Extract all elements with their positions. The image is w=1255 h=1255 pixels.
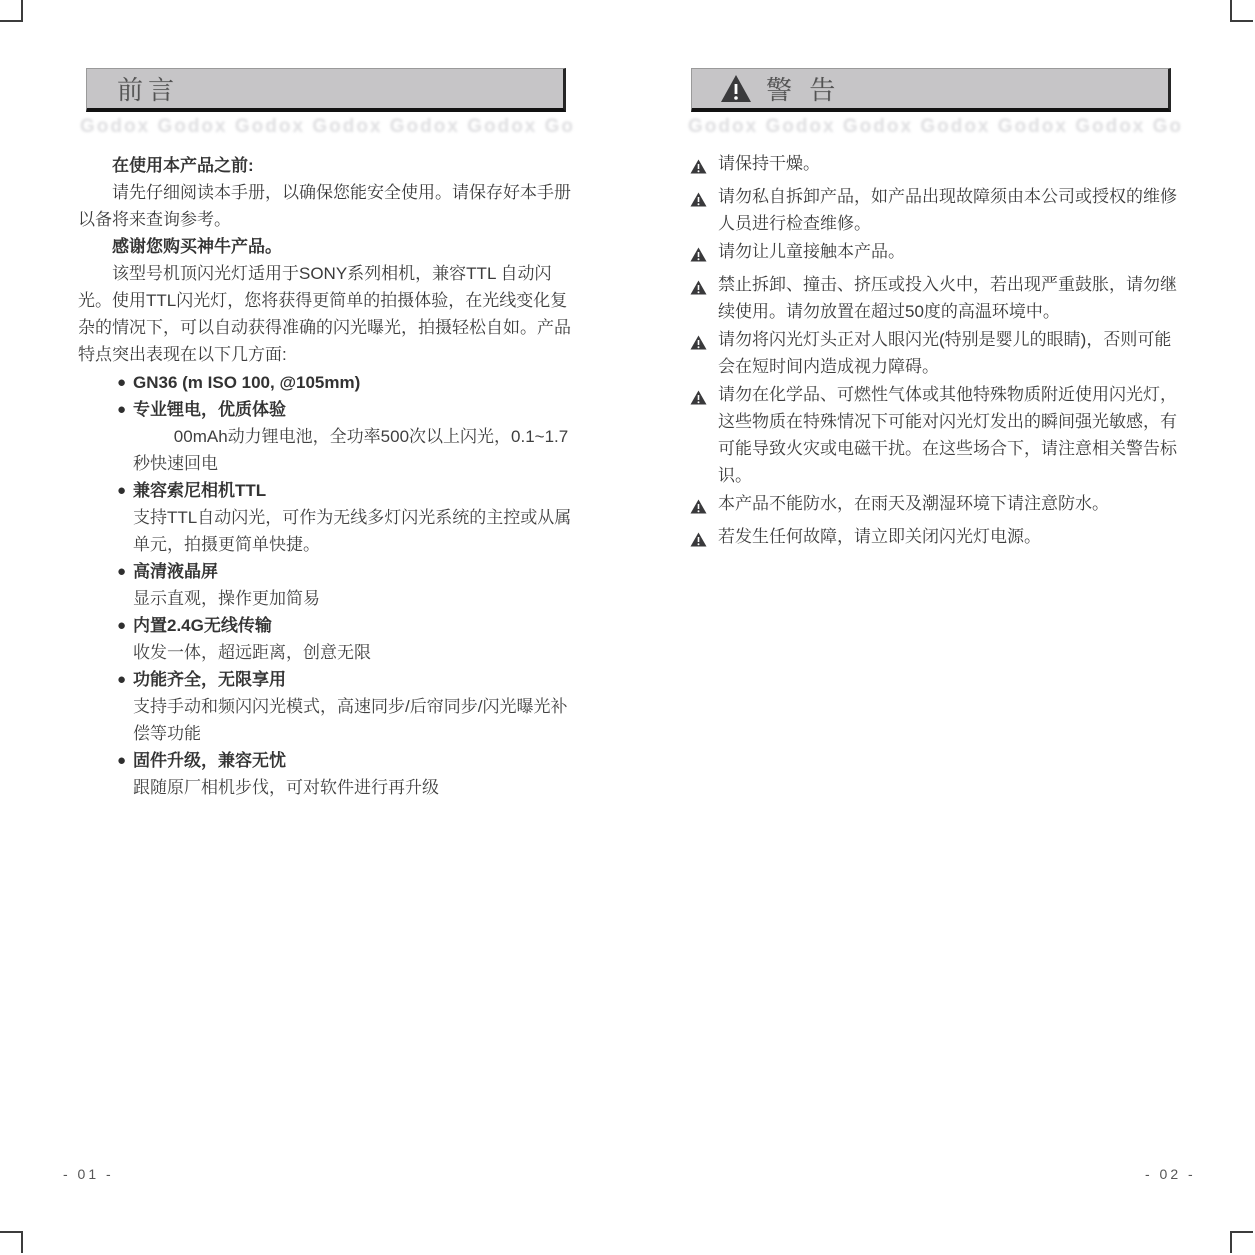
feature-description: 显示直观，操作更加简易: [133, 585, 578, 612]
feature-title: GN36 (m ISO 100, @105mm): [133, 369, 578, 396]
feature-title: 高清液晶屏: [133, 558, 578, 585]
warning-text: 请勿私自拆卸产品，如产品出现故障须由本公司或授权的维修人员进行检查维修。: [718, 183, 1182, 237]
watermark-band-right: Godox Godox Godox Godox Godox Godox Godo…: [688, 116, 1180, 138]
warning-body: 请保持干燥。 请勿私自拆卸产品，如产品出现故障须由本公司或授权的维修人员进行检查…: [690, 150, 1182, 556]
feature-item: ● 功能齐全，无限享用 支持手动和频闪闪光模式，高速同步/后帘同步/闪光曝光补偿…: [78, 666, 578, 747]
feature-title: 内置2.4G无线传输: [133, 612, 578, 639]
feature-description: 支持TTL自动闪光，可作为无线多灯闪光系统的主控或从属单元，拍摄更简单快捷。: [133, 504, 578, 558]
feature-title: 固件升级，兼容无忧: [133, 747, 578, 774]
warning-triangle-icon: [720, 74, 752, 103]
manual-scan-page: { "left_page": { "header_title": "前言", "…: [0, 0, 1255, 1255]
feature-title: 功能齐全，无限享用: [133, 666, 578, 693]
page-number-right: - 02 -: [1145, 1166, 1196, 1182]
bullet-icon: ●: [117, 369, 126, 396]
warning-text: 请勿在化学品、可燃性气体或其他特殊物质附近使用闪光灯，这些物质在特殊情况下可能对…: [718, 381, 1182, 489]
crop-mark-top-right: [1230, 0, 1253, 22]
bullet-icon: ●: [117, 396, 126, 423]
warning-text: 本产品不能防水，在雨天及潮湿环境下请注意防水。: [718, 490, 1182, 522]
feature-description: 跟随原厂相机步伐，可对软件进行再升级: [133, 774, 578, 801]
thanks-heading: 感谢您购买神牛产品。: [78, 233, 578, 260]
bullet-icon: ●: [117, 666, 126, 693]
crop-mark-top-left: [0, 0, 23, 22]
warning-header: 警 告: [691, 68, 1171, 112]
warning-triangle-icon: [690, 188, 707, 237]
warning-item: 请勿私自拆卸产品，如产品出现故障须由本公司或授权的维修人员进行检查维修。: [690, 183, 1182, 237]
warning-text: 禁止拆卸、撞击、挤压或投入火中，若出现严重鼓胀，请勿继续使用。请勿放置在超过50…: [718, 271, 1182, 325]
feature-description: 00mAh动力锂电池，全功率500次以上闪光，0.1~1.7秒快速回电: [133, 423, 578, 477]
warning-item: 请勿在化学品、可燃性气体或其他特殊物质附近使用闪光灯，这些物质在特殊情况下可能对…: [690, 381, 1182, 489]
warning-item: 本产品不能防水，在雨天及潮湿环境下请注意防水。: [690, 490, 1182, 522]
warning-triangle-icon: [690, 331, 707, 380]
warning-text: 请勿将闪光灯头正对人眼闪光(特别是婴儿的眼睛)，否则可能会在短时间内造成视力障碍…: [718, 326, 1182, 380]
watermark-band-left: Godox Godox Godox Godox Godox Godox Godo…: [80, 116, 572, 138]
preface-title: 前言: [87, 70, 179, 107]
feature-item: ● 内置2.4G无线传输 收发一体，超远距离，创意无限: [78, 612, 578, 666]
warning-text: 请勿让儿童接触本产品。: [718, 238, 1182, 270]
feature-description: 支持手动和频闪闪光模式，高速同步/后帘同步/闪光曝光补偿等功能: [133, 693, 578, 747]
feature-item: ● 专业锂电，优质体验 00mAh动力锂电池，全功率500次以上闪光，0.1~1…: [78, 396, 578, 477]
bullet-icon: ●: [117, 558, 126, 585]
warning-item: 请保持干燥。: [690, 150, 1182, 182]
before-use-paragraph: 请先仔细阅读本手册，以确保您能安全使用。请保存好本手册以备将来查询参考。: [78, 179, 578, 233]
page-number-left: - 01 -: [63, 1166, 114, 1182]
warning-item: 若发生任何故障，请立即关闭闪光灯电源。: [690, 523, 1182, 555]
crop-mark-bottom-left: [0, 1231, 23, 1253]
feature-title: 兼容索尼相机TTL: [133, 477, 578, 504]
product-intro-paragraph: 该型号机顶闪光灯适用于SONY系列相机，兼容TTL 自动闪光。使用TTL闪光灯，…: [78, 260, 578, 368]
warning-item: 请勿让儿童接触本产品。: [690, 238, 1182, 270]
warning-triangle-icon: [690, 155, 707, 182]
crop-mark-bottom-right: [1230, 1231, 1253, 1253]
preface-header: 前言: [86, 68, 566, 112]
warning-triangle-icon: [690, 276, 707, 325]
warning-triangle-icon: [690, 386, 707, 489]
bullet-icon: ●: [117, 612, 126, 639]
warning-list: 请保持干燥。 请勿私自拆卸产品，如产品出现故障须由本公司或授权的维修人员进行检查…: [690, 150, 1182, 555]
feature-item: ● 固件升级，兼容无忧 跟随原厂相机步伐，可对软件进行再升级: [78, 747, 578, 801]
warning-triangle-icon: [690, 243, 707, 270]
preface-body: 在使用本产品之前: 请先仔细阅读本手册，以确保您能安全使用。请保存好本手册以备将…: [78, 152, 578, 801]
feature-item: ● GN36 (m ISO 100, @105mm): [78, 369, 578, 396]
feature-list: ● GN36 (m ISO 100, @105mm) ● 专业锂电，优质体验 0…: [78, 369, 578, 801]
warning-triangle-icon: [690, 528, 707, 555]
warning-title: 警 告: [752, 70, 840, 107]
feature-item: ● 兼容索尼相机TTL 支持TTL自动闪光，可作为无线多灯闪光系统的主控或从属单…: [78, 477, 578, 558]
feature-description: 收发一体，超远距离，创意无限: [133, 639, 578, 666]
bullet-icon: ●: [117, 477, 126, 504]
feature-item: ● 高清液晶屏 显示直观，操作更加简易: [78, 558, 578, 612]
feature-title: 专业锂电，优质体验: [133, 396, 578, 423]
warning-item: 请勿将闪光灯头正对人眼闪光(特别是婴儿的眼睛)，否则可能会在短时间内造成视力障碍…: [690, 326, 1182, 380]
before-use-heading: 在使用本产品之前:: [78, 152, 578, 179]
warning-triangle-icon: [690, 495, 707, 522]
warning-text: 请保持干燥。: [718, 150, 1182, 182]
bullet-icon: ●: [117, 747, 126, 774]
warning-item: 禁止拆卸、撞击、挤压或投入火中，若出现严重鼓胀，请勿继续使用。请勿放置在超过50…: [690, 271, 1182, 325]
warning-text: 若发生任何故障，请立即关闭闪光灯电源。: [718, 523, 1182, 555]
